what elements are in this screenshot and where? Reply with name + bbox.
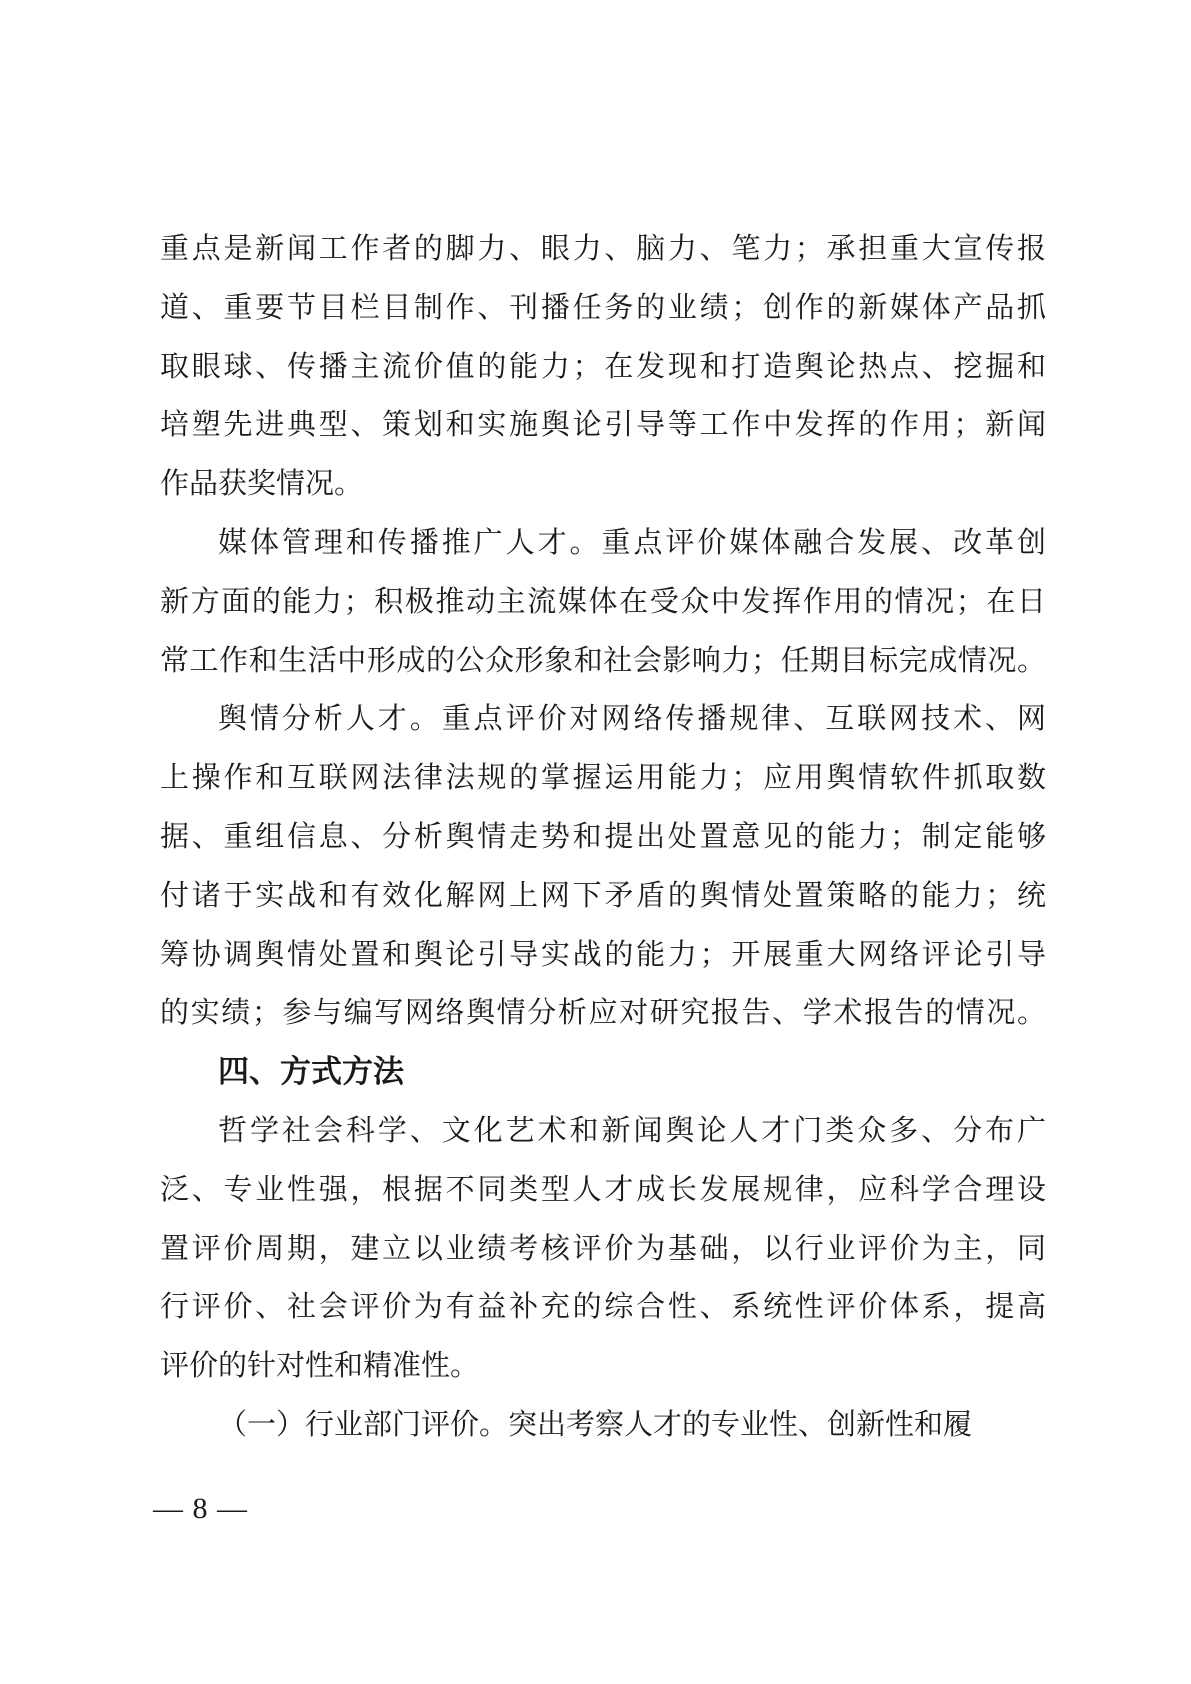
page-number: — 8 — [153, 1480, 248, 1537]
text-line: 付诸于实战和有效化解网上网下矛盾的舆情处置策略的能力；统 [160, 867, 1046, 926]
text-line: 行评价、社会评价为有益补充的综合性、系统性评价体系，提高 [160, 1278, 1046, 1337]
text-line: 据、重组信息、分析舆情走势和提出处置意见的能力；制定能够 [160, 808, 1046, 867]
section-heading: 四、方式方法 [160, 1043, 1046, 1102]
text-line: （一）行业部门评价。突出考察人才的专业性、创新性和履 [160, 1396, 1046, 1455]
text-line: 新方面的能力；积极推动主流媒体在受众中发挥作用的情况；在日 [160, 573, 1046, 632]
text-line: 重点是新闻工作者的脚力、眼力、脑力、笔力；承担重大宣传报 [160, 220, 1046, 279]
text-line: 评价的针对性和精准性。 [160, 1337, 1046, 1396]
text-line: 作品获奖情况。 [160, 455, 1046, 514]
text-line: 舆情分析人才。重点评价对网络传播规律、互联网技术、网 [160, 690, 1046, 749]
text-line: 取眼球、传播主流价值的能力；在发现和打造舆论热点、挖掘和 [160, 338, 1046, 397]
document-page: 重点是新闻工作者的脚力、眼力、脑力、笔力；承担重大宣传报道、重要节目栏目制作、刊… [0, 0, 1191, 1684]
text-line: 置评价周期，建立以业绩考核评价为基础，以行业评价为主，同 [160, 1220, 1046, 1279]
text-line: 泛、专业性强，根据不同类型人才成长发展规律，应科学合理设 [160, 1161, 1046, 1220]
document-body: 重点是新闻工作者的脚力、眼力、脑力、笔力；承担重大宣传报道、重要节目栏目制作、刊… [160, 220, 1046, 1455]
text-line: 常工作和生活中形成的公众形象和社会影响力；任期目标完成情况。 [160, 632, 1046, 691]
text-line: 上操作和互联网法律法规的掌握运用能力；应用舆情软件抓取数 [160, 749, 1046, 808]
text-line: 的实绩；参与编写网络舆情分析应对研究报告、学术报告的情况。 [160, 984, 1046, 1043]
text-line: 哲学社会科学、文化艺术和新闻舆论人才门类众多、分布广 [160, 1102, 1046, 1161]
text-line: 培塑先进典型、策划和实施舆论引导等工作中发挥的作用；新闻 [160, 396, 1046, 455]
text-line: 媒体管理和传播推广人才。重点评价媒体融合发展、改革创 [160, 514, 1046, 573]
text-line: 道、重要节目栏目制作、刊播任务的业绩；创作的新媒体产品抓 [160, 279, 1046, 338]
text-line: 筹协调舆情处置和舆论引导实战的能力；开展重大网络评论引导 [160, 926, 1046, 985]
